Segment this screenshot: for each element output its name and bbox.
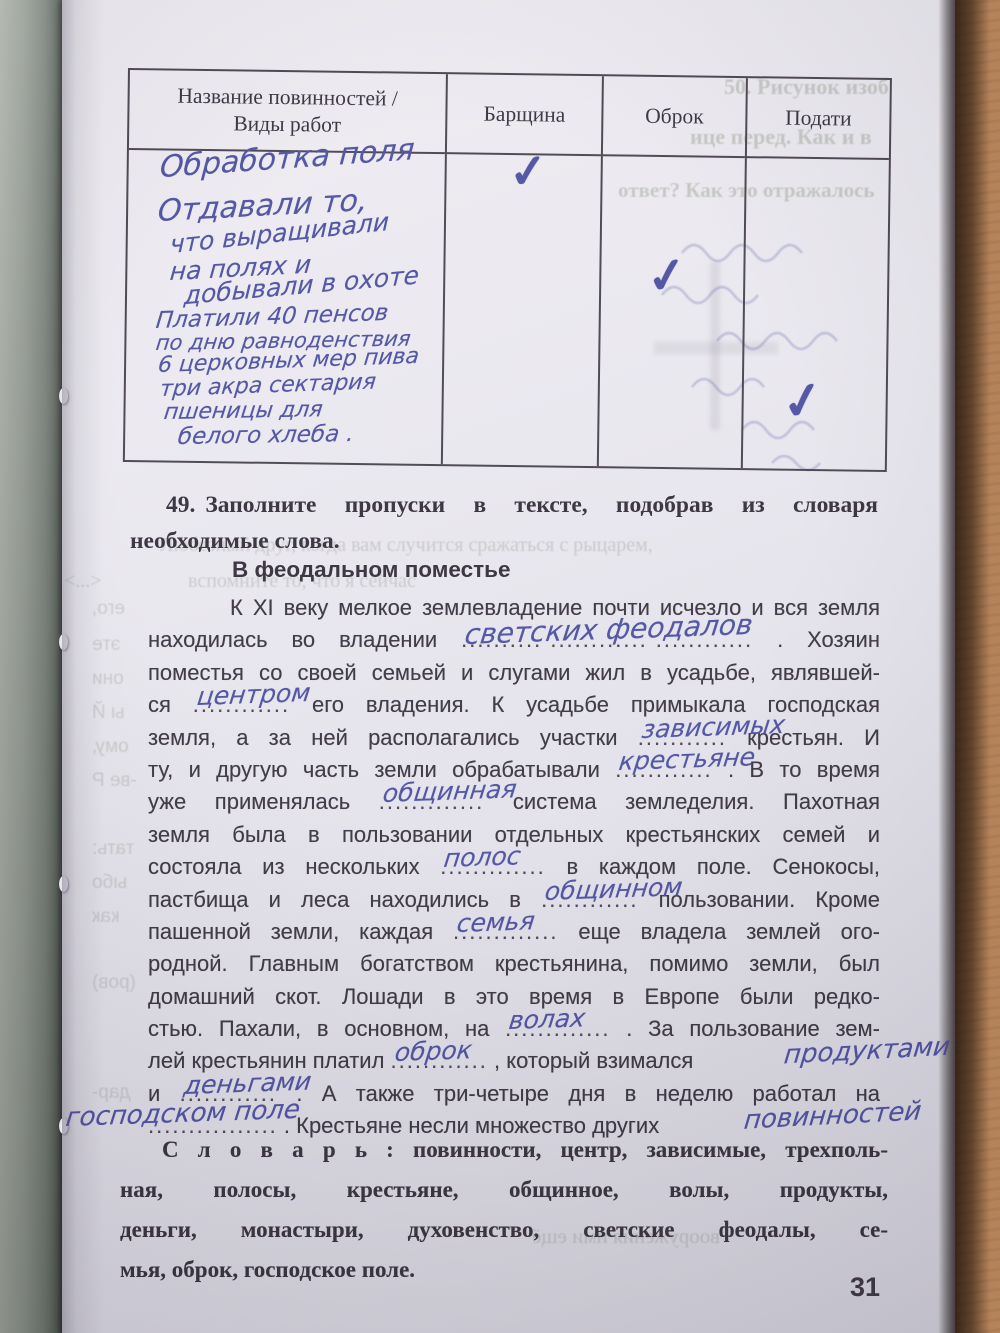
checkmark-Оброк: ✓ xyxy=(643,245,691,306)
table-handwriting-line: пшеницы для xyxy=(162,397,324,425)
checkmark-Барщина: ✓ xyxy=(507,142,550,199)
table-handwriting-line: Обработка поля xyxy=(159,132,416,185)
book-spine-edge xyxy=(0,0,62,1333)
table-handwriting-line: белого хлеба . xyxy=(176,421,355,450)
photo-of-workbook-page: 50. Рисунок изобице перед. Как и вответ?… xyxy=(0,0,1000,1333)
checkmark-Подати: ✓ xyxy=(777,369,828,433)
workbook-page: 50. Рисунок изобице перед. Как и вответ?… xyxy=(62,0,955,1333)
handwriting-layer: Обработка поляОтдавали то,что выращивали… xyxy=(62,0,955,1333)
